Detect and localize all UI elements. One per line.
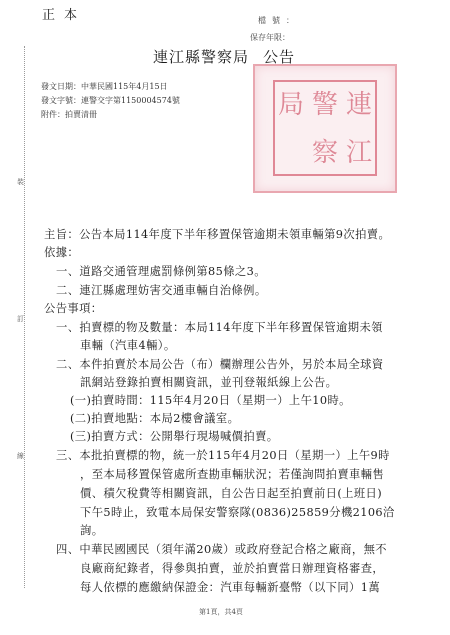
binding-mark-zhuang: 裝 <box>17 176 24 188</box>
agency-name: 連江縣警察局 <box>153 48 249 66</box>
notice-line: 二、本件拍賣於本局公告（布）欄辦理公告外，另於本局全球資 <box>56 356 384 372</box>
attachment: 附件：拍賣清冊 <box>41 109 97 120</box>
seal-inner-border: 局 警 連 察 江 <box>273 80 377 176</box>
official-seal: 局 警 連 察 江 <box>253 64 397 193</box>
binding-mark-ding: 訂 <box>17 313 24 325</box>
notice-line: 車輛（汽車4輛）。 <box>80 337 176 353</box>
notice-line: ，至本局移置保管處所查勘車輛狀況；若僅詢問拍賣車輛售 <box>80 466 384 482</box>
notice-line: 價、積欠稅費等相關資訊，自公告日起至拍賣前日(上班日) <box>80 485 382 501</box>
notice-line: 詢。 <box>80 522 103 538</box>
basis-heading: 依據： <box>44 244 79 260</box>
notice-line: 訊網站登錄拍賣相關資訊，並刊登報紙線上公告。 <box>80 374 337 390</box>
issue-number: 發文字號：連警交字第1150004574號 <box>41 95 180 106</box>
notice-line: (一)拍賣時間：115年4月20日（星期一）上午10時。 <box>70 392 351 408</box>
seal-char: 連 <box>343 82 375 128</box>
retention-period-label: 保存年限： <box>250 32 290 43</box>
file-number-label: 檔號： <box>258 15 300 26</box>
notice-line: (二)拍賣地點：本局2樓會議室。 <box>70 410 239 426</box>
notice-line: 四、中華民國國民（須年滿20歲）或政府登記合格之廠商，無不 <box>56 541 387 557</box>
notice-heading: 公告事項： <box>44 300 103 316</box>
copy-mark: 正本 <box>42 4 86 23</box>
seal-char <box>275 130 307 176</box>
notice-line: 下午5時止，致電本局保安警察隊(0836)25859分機2106洽 <box>80 504 395 520</box>
basis-item: 二、連江縣處理妨害交通車輛自治條例。 <box>56 282 267 298</box>
page-number: 第1頁，共4頁 <box>199 607 243 617</box>
seal-char: 局 <box>275 82 307 128</box>
subject: 主旨：公告本局114年度下半年移置保管逾期未領車輛第9次拍賣。 <box>44 226 390 242</box>
notice-line: 一、拍賣標的物及數量：本局114年度下半年移置保管逾期未領 <box>56 319 383 335</box>
seal-char: 警 <box>309 82 341 128</box>
notice-line: 三、本批拍賣標的物，統一於115年4月20日（星期一）上午9時 <box>56 447 390 463</box>
issue-date: 發文日期：中華民國115年4月15日 <box>41 81 168 92</box>
notice-line: (三)拍賣方式：公開舉行現場喊價拍賣。 <box>70 428 278 444</box>
seal-char: 江 <box>343 130 375 176</box>
binding-mark-xian: 線 <box>17 450 24 462</box>
binding-margin-line <box>24 46 25 588</box>
seal-char: 察 <box>309 130 341 176</box>
basis-item: 一、道路交通管理處罰條例第85條之3。 <box>56 263 266 279</box>
notice-line: 良廠商紀錄者，得參與拍賣，並於拍賣當日辦理資格審查， <box>80 560 384 576</box>
notice-line: 每人依標的應繳納保證金：汽車每輛新臺幣（以下同）1萬 <box>80 579 380 595</box>
